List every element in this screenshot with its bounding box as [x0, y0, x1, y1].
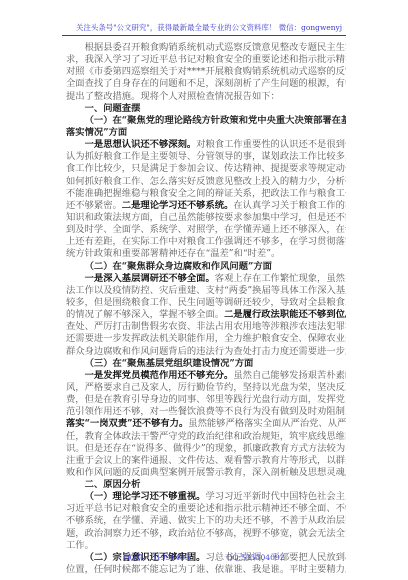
paragraph-line: 不能准确把握维稳与粮食安全之间的辩证关系，把政法工作与粮食工作结合的	[66, 188, 346, 200]
text-run: 根据县委召开粮食购销系统机动式巡察反馈意见整改专题民主生活会的要	[85, 42, 346, 53]
paragraph-line: 法工作以及疫情防控、灾后重建、支村“两委”换届等具体工作深入基层调研	[66, 285, 346, 297]
paragraph-line: 败和作风问题的反面典型案例开展警示教育，深入剖析触及思想灵魂还不够。	[66, 467, 346, 479]
document-body: 根据县委召开粮食购销系统机动式巡察反馈意见整改专题民主生活会的要求，我深入学习了…	[66, 42, 346, 576]
text-run: 客观上存在工作繁忙现象，虽然平常就政	[215, 273, 346, 284]
footer-qq: QQ:535304092	[226, 553, 285, 562]
paragraph-line: 费，但是在教育引导身边的同事、邻里等践行光盘行动方面，发挥党员先锋模	[66, 394, 346, 406]
text-run: 工作。	[66, 540, 94, 551]
text-run: 群众身边腐败和作风问题背后的违法行为查处打击力度还需要进一步加大。	[66, 346, 346, 357]
paragraph-line: 位置，任何时候都不能忘记为了谁、依靠谁、我是谁。平时主要精力用于干好	[66, 564, 346, 576]
bold-lead-phrase: （一）理论学习还不够重视。	[85, 491, 206, 502]
paragraph-line: 求，我深入学习了习近平总书记对粮食安全的重要论述和指示批示精神，认真	[66, 54, 346, 66]
heading-line: （一）在“聚焦党的理论路线方针政策和党中央重大决策部署在基层贯彻	[66, 115, 346, 127]
text-run: 不能准确把握维稳与粮食安全之间的辩证关系，把政法工作与粮食工作结合的	[66, 188, 346, 199]
bold-lead-phrase: 落实“一岗双责”还不够有力。	[66, 418, 188, 429]
paragraph-line: 知识和政策法规方面，自己虽然能够按要求参加集中学习，但是还不能完全做	[66, 212, 346, 224]
text-run: 范引领作用还不够，对一些餐饮浪费等不良行为没有做到及时劝阻制止。	[66, 406, 346, 417]
text-run: 识。但是还存在“说得多、做得少”的现象，抓廉政教育方式方法较为单一，	[66, 443, 346, 454]
text-run: 落实情况”方面	[66, 127, 127, 138]
paragraph-line: 习近平总书记对粮食安全的重要论述和指示批示精神还不够全面、不够深入、	[66, 503, 346, 515]
bold-lead-phrase: 二是履行政法职能还不够到位。	[224, 309, 346, 320]
paragraph-line: 全面查找了自身存在的问题和不足，深刻剖析了产生问题的根源，有针对性地	[66, 78, 346, 90]
paragraph-line: 落实“一岗双责”还不够有力。虽然能够严格落实全面从严治党、从严治警责	[66, 418, 346, 430]
heading-line: 落实情况”方面	[66, 127, 346, 139]
paragraph-line: 范引领作用还不够，对一些餐饮浪费等不良行为没有做到及时劝阻制止。二是	[66, 406, 346, 418]
text-run: 全面查找了自身存在的问题和不足，深刻剖析了产生问题的根源，有针对性地	[66, 78, 346, 89]
text-run: 虽然能够严格落实全面从严治党、从严治警责	[188, 418, 346, 429]
paragraph-line: 群众身边腐败和作风问题背后的违法行为查处打击力度还需要进一步加大。	[66, 346, 346, 358]
text-run: （一）在“聚焦党的理论路线方针政策和党中央重大决策部署在基层贯彻	[85, 115, 346, 126]
heading-line: （二）在“聚焦群众身边腐败和作风问题”方面	[66, 261, 346, 273]
page-header: 关注头条号"公文研究"，获得最新最全最专业的公文资料库！ 微信：gongweny…	[62, 23, 346, 36]
text-run: 对照《市委第四巡察组关于对****开展粮食购销系统机动式巡察的反馈意见》，	[66, 66, 346, 77]
heading-line: （三）在“聚焦基层党组织建设情况”方面	[66, 358, 346, 370]
text-run: 较多，但是围绕粮食工作、民生问题等调研还较少，导致对全县粮食工作领域	[66, 297, 346, 308]
text-run: 习近平总书记对粮食安全的重要论述和指示批示精神还不够全面、不够深入、	[66, 503, 346, 514]
paragraph-line: 一是深入基层调研还不够全面。客观上存在工作繁忙现象，虽然平常就政	[66, 273, 346, 285]
bold-lead-phrase: 一是深入基层调研还不够全面。	[85, 273, 215, 284]
text-run: 一、问题查摆	[85, 103, 141, 114]
text-run: 法工作以及疫情防控、灾后重建、支村“两委”换届等具体工作深入基层调研	[66, 285, 346, 296]
text-run: 知识和政策法规方面，自己虽然能够按要求参加集中学习，但是还不能完全做	[66, 212, 346, 223]
paragraph-line: 还需要进一步发挥政法机关职能作用，全力维护粮食安全、保障农业生产。对	[66, 333, 346, 345]
text-run: 如何抓好粮食工作、怎么落实好反馈意见整改上投入的精力少，分析研究的少，	[66, 176, 346, 187]
paragraph-line: 提出了整改措施。现将个人对照检查情况报告如下：	[66, 91, 346, 103]
paragraph-line: 上还有差距，在实际工作中对粮食工作强调还不够多，在学习贯彻落实粮食系	[66, 236, 346, 248]
paragraph-line: 还不够紧密。二是理论学习还不够系统。在认真学习关于粮食工作的相关理论	[66, 200, 346, 212]
bold-lead-phrase: 一是思想认识还不够深刻。	[85, 139, 197, 150]
footer-qq-group: QQ群：31991489	[123, 552, 189, 563]
text-run: （三）在“聚焦基层党组织建设情况”方面	[85, 358, 254, 369]
text-run: 题，政治洞察力还不够，政治站位不够高，视野不够宽，就会无法全方位推进	[66, 528, 346, 539]
paragraph-line: 统方针政策和重要部署精神还存在“温差”和“时差”。	[66, 248, 346, 260]
text-run: 的情况了解不够深入，掌握不够全面。	[66, 309, 224, 320]
paragraph-line: 一是发挥党员模范作用还不够充分。虽然自己能够发扬艰苦朴素的生活作	[66, 370, 346, 382]
paragraph-line: 注重于会议上的案件通报、文件传达、观看警示教育片等形式，以群众身边腐	[66, 455, 346, 467]
text-run: 任，教育全体政法干警严守党的政治纪律和政治规矩，筑牢底线思维和红线意	[66, 431, 346, 442]
text-run: 二、原因分析	[85, 479, 141, 490]
text-run: 费，但是在教育引导身边的同事、邻里等践行光盘行动方面，发挥党员先锋模	[66, 394, 346, 405]
document-page: 关注头条号"公文研究"，获得最新最全最专业的公文资料库！ 微信：gongweny…	[0, 0, 408, 580]
text-run: 风，严格要求自己及家人，厉行勤俭节约，坚持以光盘为荣，坚决反对铺张浪	[66, 382, 346, 393]
text-run: 上还有差距，在实际工作中对粮食工作强调还不够多，在学习贯彻落实粮食系	[66, 236, 346, 247]
paragraph-line: 较多，但是围绕粮食工作、民生问题等调研还较少，导致对全县粮食工作领域	[66, 297, 346, 309]
paragraph-line: 食工作比较少，只是满足于参加会议、传达精神、提提要求等规定动作，而在	[66, 163, 346, 175]
heading-line: 一、问题查摆	[66, 103, 346, 115]
paragraph-line: 一是思想认识还不够深刻。对粮食工作重要性的认识还不是很到位，有时	[66, 139, 346, 151]
text-run: 学习习近平新时代中国特色社会主义思想和	[205, 491, 346, 502]
paragraph-line: 对照《市委第四巡察组关于对****开展粮食购销系统机动式巡察的反馈意见》，	[66, 66, 346, 78]
text-run: 查处、严厉打击制售假劣农资、非法占用农用地等涉粮涉农违法犯罪活动上，	[66, 321, 346, 332]
paragraph-line: 风，严格要求自己及家人，厉行勤俭节约，坚持以光盘为荣，坚决反对铺张浪	[66, 382, 346, 394]
paragraph-line: 题，政治洞察力还不够，政治站位不够高，视野不够宽，就会无法全方位推进	[66, 528, 346, 540]
text-run: 虽然自己能够发扬艰苦朴素的生活作	[233, 370, 346, 381]
paragraph-line: 到及时学、全面学、系统学、对照学，在学懂弄通上还不够深入，在学以致用	[66, 224, 346, 236]
heading-line: 二、原因分析	[66, 479, 346, 491]
text-run: 注重于会议上的案件通报、文件传达、观看警示教育片等形式，以群众身边腐	[66, 455, 346, 466]
header-banner: 关注头条号"公文研究"，获得最新最全最专业的公文资料库！ 微信：gongweny…	[76, 23, 342, 33]
paragraph-line: （一）理论学习还不够重视。学习习近平新时代中国特色社会主义思想和	[66, 491, 346, 503]
text-run: 位置，任何时候都不能忘记为了谁、依靠谁、我是谁。平时主要精力用于干好	[66, 564, 346, 575]
paragraph-line: 的情况了解不够深入，掌握不够全面。二是履行政法职能还不够到位。在依法	[66, 309, 346, 321]
text-run: 在认真学习关于粮食工作的相关理论	[233, 200, 346, 211]
paragraph-line: 任，教育全体政法干警严守党的政治纪律和政治规矩，筑牢底线思维和红线意	[66, 431, 346, 443]
text-run: 到及时学、全面学、系统学、对照学，在学懂弄通上还不够深入，在学以致用	[66, 224, 346, 235]
text-run: 求，我深入学习了习近平总书记对粮食安全的重要论述和指示批示精神，认真	[66, 54, 346, 65]
text-run: 对粮食工作重要性的认识还不是很到位，有时	[196, 139, 346, 150]
text-run: （二）在“聚焦群众身边腐败和作风问题”方面	[85, 261, 272, 272]
paragraph-line: 如何抓好粮食工作、怎么落实好反馈意见整改上投入的精力少，分析研究的少，	[66, 176, 346, 188]
text-run: 败和作风问题的反面典型案例开展警示教育，深入剖析触及思想灵魂还不够。	[66, 467, 346, 478]
paragraph-line: 识。但是还存在“说得多、做得少”的现象，抓廉政教育方式方法较为单一，	[66, 443, 346, 455]
text-run: 统方针政策和重要部署精神还存在“温差”和“时差”。	[66, 248, 280, 259]
paragraph-line: 根据县委召开粮食购销系统机动式巡察反馈意见整改专题民主生活会的要	[66, 42, 346, 54]
text-run: 还需要进一步发挥政法机关职能作用，全力维护粮食安全、保障农业生产。对	[66, 333, 346, 344]
text-run: 还不够紧密。	[66, 200, 122, 211]
paragraph-line: 不够系统，在学懂、弄通、做实上下的功夫还不够，不善于从政治层面分析问	[66, 515, 346, 527]
paragraph-line: 查处、严厉打击制售假劣农资、非法占用农用地等涉粮涉农违法犯罪活动上，	[66, 321, 346, 333]
bold-lead-phrase: 一是发挥党员模范作用还不够充分。	[85, 370, 234, 381]
page-footer: QQ群：31991489 QQ:535304092	[0, 552, 408, 563]
paragraph-line: 认为抓好粮食工作是主要领导、分管领导的事，谋划政法工作比较多，思考粮	[66, 151, 346, 163]
text-run: 提出了整改措施。现将个人对照检查情况报告如下：	[66, 91, 280, 102]
paragraph-line: 工作。	[66, 540, 346, 552]
text-run: 认为抓好粮食工作是主要领导、分管领导的事，谋划政法工作比较多，思考粮	[66, 151, 346, 162]
text-run: 食工作比较少，只是满足于参加会议、传达精神、提提要求等规定动作，而在	[66, 163, 346, 174]
bold-lead-phrase: 二是理论学习还不够系统。	[122, 200, 234, 211]
text-run: 不够系统，在学懂、弄通、做实上下的功夫还不够，不善于从政治层面分析问	[66, 515, 346, 526]
